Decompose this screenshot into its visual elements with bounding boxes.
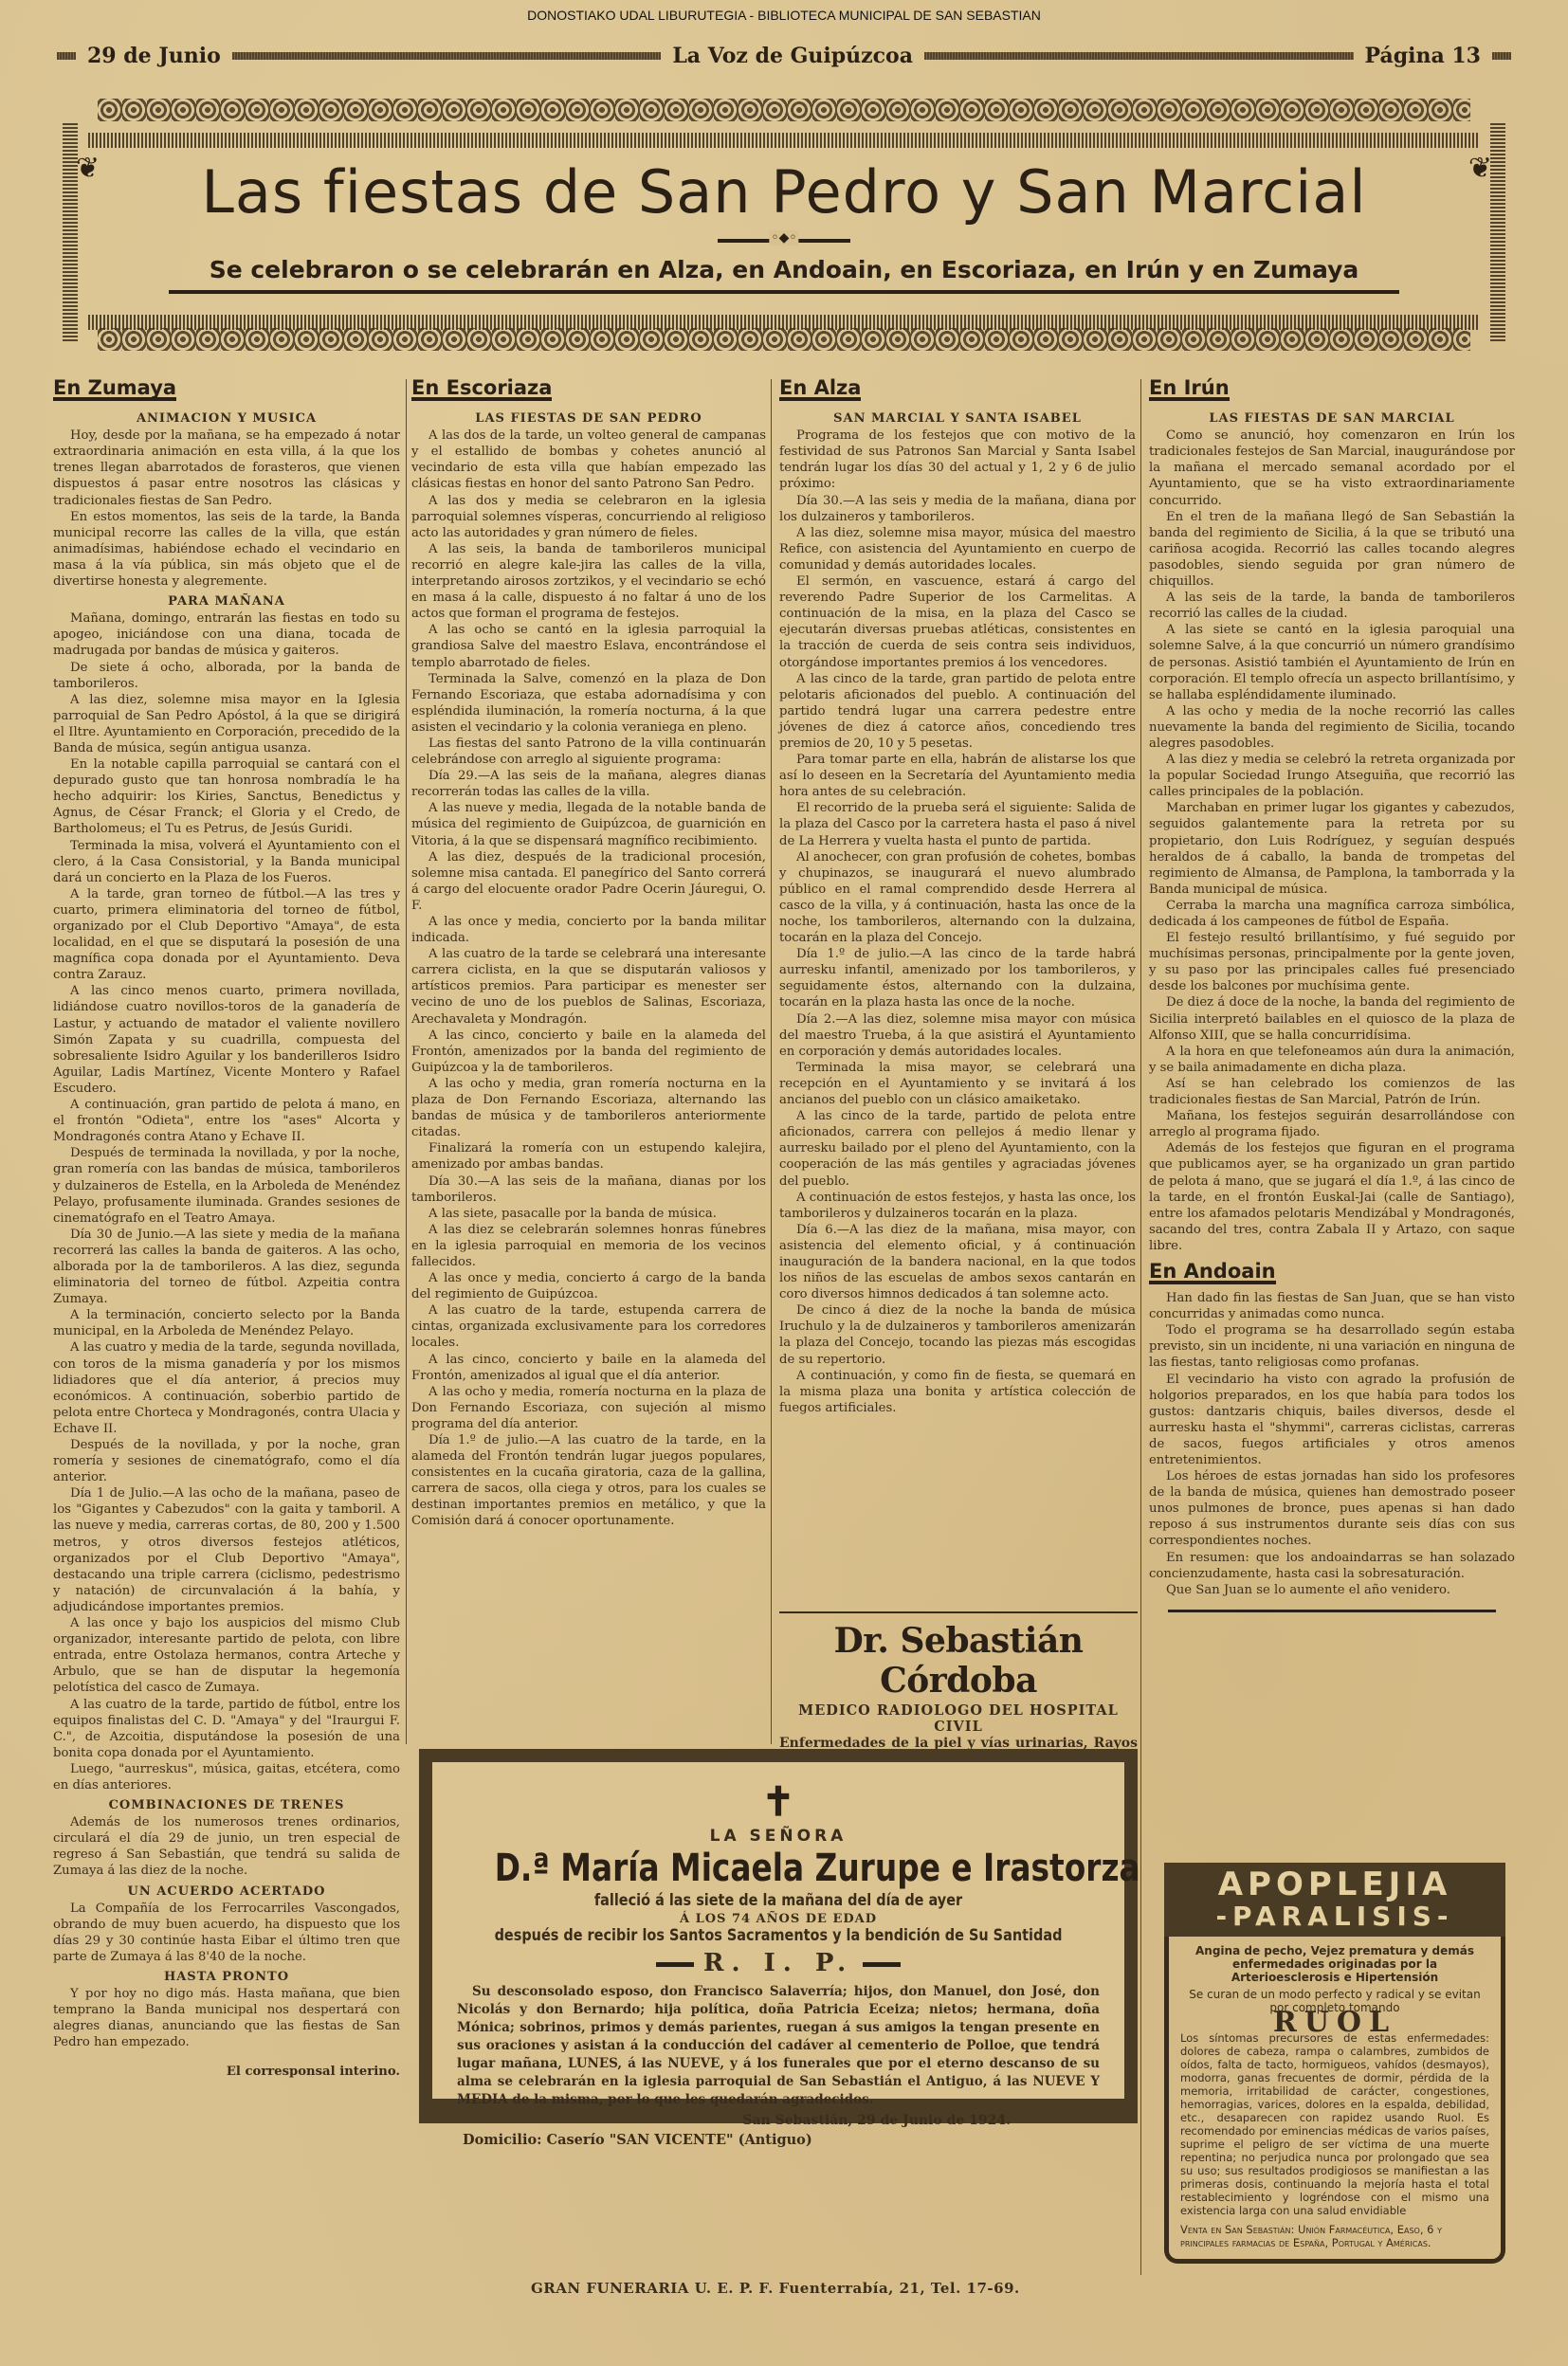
article-paragraph: Día 1.º de julio.—A las cuatro de la tar… — [411, 1432, 766, 1530]
article-paragraph: Programa de los festejos que con motivo … — [779, 428, 1136, 492]
article-paragraph: A las siete se cantó en la iglesia paroq… — [1149, 622, 1515, 702]
ruol-brand: RUOL — [1180, 2016, 1489, 2029]
archive-header: DONOSTIAKO UDAL LIBURUTEGIA - BIBLIOTECA… — [0, 8, 1568, 23]
article-paragraph: Después de la novillada, y por la noche,… — [53, 1437, 400, 1485]
article-paragraph: A las seis de la tarde, la banda de tamb… — [1149, 590, 1515, 622]
column-rule — [1140, 379, 1141, 2275]
article-paragraph: A las diez y media se celebró la retreta… — [1149, 752, 1515, 800]
article-paragraph: De cinco á diez de la noche la banda de … — [779, 1302, 1136, 1367]
article-paragraph: De diez á doce de la noche, la banda del… — [1149, 994, 1515, 1043]
article-escoriaza: En Escoriaza LAS FIESTAS DE SAN PEDROA l… — [411, 374, 766, 1530]
article-paragraph: El festejo resultó brillantísimo, y fué … — [1149, 930, 1515, 994]
article-paragraph: Además de los numerosos trenes ordinario… — [53, 1814, 400, 1879]
doctor-name: Dr. Sebastián Córdoba — [779, 1621, 1138, 1701]
article-end-rule — [1168, 1610, 1496, 1612]
article-body: SAN MARCIAL Y SANTA ISABELPrograma de lo… — [779, 410, 1136, 1416]
obituary-death-line: falleció á las siete de la mañana del dí… — [484, 1891, 1073, 1910]
folio-page: Página 13 — [1365, 44, 1481, 68]
article-paragraph: Día 30.—A las seis y media de la mañana,… — [779, 493, 1136, 525]
funeral-home-credit: GRAN FUNERARIA U. E. P. F. Fuenterrabía,… — [531, 2280, 1020, 2297]
article-paragraph: Para tomar parte en ella, habrán de alis… — [779, 752, 1136, 800]
article-paragraph: Los héroes de estas jornadas han sido lo… — [1149, 1468, 1515, 1549]
article-paragraph: A las cinco, concierto y baile en la ala… — [411, 1028, 766, 1076]
article-paragraph: Día 1.º de julio.—A las cinco de la tard… — [779, 946, 1136, 1010]
article-body: Han dado fin las fiestas de San Juan, qu… — [1149, 1290, 1515, 1598]
section-heading: En Zumaya — [53, 380, 176, 401]
obituary-notice: ✝ LA SEÑORA D.ª María Micaela Zurupe e I… — [419, 1749, 1138, 2123]
article-body: ANIMACION Y MUSICAHoy, desde por la maña… — [53, 410, 400, 2050]
section-heading: En Andoain — [1149, 1264, 1276, 1284]
article-paragraph: Terminada la misa, volverá el Ayuntamien… — [53, 838, 400, 886]
obituary-domicile: Domicilio: Caserío "SAN VICENTE" (Antigu… — [432, 2132, 1124, 2148]
article-paragraph: En la notable capilla parroquial se cant… — [53, 756, 400, 837]
cross-icon: ✝ — [432, 1781, 1124, 1823]
article-paragraph: A las ocho y media de la noche recorrió … — [1149, 703, 1515, 752]
article-subheading: LAS FIESTAS DE SAN MARCIAL — [1149, 410, 1515, 427]
ruol-intro: Angina de pecho, Vejez prematura y demás… — [1180, 1944, 1489, 1984]
obituary-honorific: LA SEÑORA — [432, 1827, 1124, 1846]
obituary-age: Á LOS 74 AÑOS DE EDAD — [432, 1912, 1124, 1926]
article-paragraph: Las fiestas del santo Patrono de la vill… — [411, 736, 766, 768]
article-paragraph: A las siete, pasacalle por la banda de m… — [411, 1206, 766, 1222]
obituary-place-date: San Sebastián, 29 de Junio de 1924. — [432, 2113, 1124, 2128]
article-paragraph: A las cuatro de la tarde se celebrará un… — [411, 946, 766, 1027]
article-paragraph: A la terminación, concierto selecto por … — [53, 1307, 400, 1339]
article-subheading: UN ACUERDO ACERTADO — [53, 1884, 400, 1900]
article-subheading: LAS FIESTAS DE SAN PEDRO — [411, 410, 766, 427]
deceased-name: D.ª María Micaela Zurupe e Irastorza — [495, 1846, 1063, 1891]
article-paragraph: A las once y bajo los auspicios del mism… — [53, 1615, 400, 1696]
page-title: Las fiestas de San Pedro y San Marcial — [55, 157, 1513, 227]
article-subheading: PARA MAÑANA — [53, 593, 400, 610]
article-paragraph: A las diez, solemne misa mayor, música d… — [779, 525, 1136, 573]
section-heading: En Alza — [779, 380, 861, 401]
article-paragraph: Y por hoy no digo más. Hasta mañana, que… — [53, 1986, 400, 2050]
folio-date: 29 de Junio — [87, 44, 221, 68]
ruol-headline-1: APOPLEJIA — [1164, 1866, 1505, 1902]
folio-line: 29 de Junio La Voz de Guipúzcoa Página 1… — [57, 40, 1511, 72]
article-paragraph: Marchaban en primer lugar los gigantes y… — [1149, 800, 1515, 898]
article-subheading: HASTA PRONTO — [53, 1969, 400, 1985]
article-paragraph: En resumen: que los andoaindarras se han… — [1149, 1550, 1515, 1582]
ornamental-divider — [718, 239, 850, 243]
article-paragraph: Cerraba la marcha una magnífica carroza … — [1149, 898, 1515, 930]
column-rule — [771, 379, 772, 1744]
article-paragraph: A las ocho y media, gran romería nocturn… — [411, 1076, 766, 1140]
article-paragraph: A las once y media, concierto á cargo de… — [411, 1270, 766, 1302]
article-paragraph: A las once y media, concierto por la ban… — [411, 914, 766, 946]
article-paragraph: El recorrido de la prueba será el siguie… — [779, 800, 1136, 848]
article-paragraph: Después de terminada la novillada, y por… — [53, 1145, 400, 1226]
article-paragraph: Terminada la misa mayor, se celebrará un… — [779, 1060, 1136, 1108]
section-heading: En Irún — [1149, 380, 1230, 401]
article-paragraph: Además de los festejos que figuran en el… — [1149, 1140, 1515, 1254]
wave-border — [98, 99, 1470, 121]
article-paragraph: De siete á ocho, alborada, por la banda … — [53, 660, 400, 692]
article-paragraph: La Compañía de los Ferrocarriles Vascong… — [53, 1901, 400, 1965]
article-paragraph: A continuación, gran partido de pelota á… — [53, 1097, 400, 1145]
folio-rule — [924, 52, 1354, 60]
ruol-header: APOPLEJIA -PARALISIS- — [1164, 1863, 1505, 1937]
column-rule — [406, 379, 407, 1744]
article-subheading: SAN MARCIAL Y SANTA ISABEL — [779, 410, 1136, 427]
article-paragraph: A las cuatro de la tarde, partido de fút… — [53, 1697, 400, 1761]
article-paragraph: El vecindario ha visto con agrado la pro… — [1149, 1372, 1515, 1469]
article-paragraph: Día 30 de Junio.—A las siete y media de … — [53, 1227, 400, 1307]
article-body: LAS FIESTAS DE SAN PEDROA las dos de la … — [411, 410, 766, 1529]
section-heading: En Escoriaza — [411, 380, 552, 401]
article-paragraph: A las seis, la banda de tamborileros mun… — [411, 541, 766, 622]
article-paragraph: Día 2.—A las diez, solemne misa mayor co… — [779, 1011, 1136, 1060]
article-paragraph: A las ocho y media, romería nocturna en … — [411, 1384, 766, 1432]
article-paragraph: Finalizará la romería con un estupendo k… — [411, 1140, 766, 1173]
article-paragraph: A las nueve y media, llegada de la notab… — [411, 800, 766, 848]
article-paragraph: Mañana, domingo, entrarán las fiestas en… — [53, 610, 400, 659]
article-paragraph: El sermón, en vascuence, estará á cargo … — [779, 573, 1136, 671]
article-paragraph: A las cinco, concierto y baile en la ala… — [411, 1352, 766, 1384]
article-paragraph: A continuación, y como fin de fiesta, se… — [779, 1368, 1136, 1416]
article-paragraph: Al anochecer, con gran profusión de cohe… — [779, 849, 1136, 947]
article-irun: En Irún LAS FIESTAS DE SAN MARCIALComo s… — [1149, 374, 1515, 1624]
article-paragraph: A las ocho se cantó en la iglesia parroq… — [411, 622, 766, 670]
ruol-headline-2: -PARALISIS- — [1164, 1902, 1505, 1931]
subtitle-underline — [169, 290, 1399, 294]
obituary-sacraments: después de recibir los Santos Sacramento… — [484, 1926, 1073, 1945]
article-paragraph: En estos momentos, las seis de la tarde,… — [53, 509, 400, 590]
article-alza: En Alza SAN MARCIAL Y SANTA ISABELProgra… — [779, 374, 1136, 1416]
article-paragraph: Día 6.—A las diez de la mañana, misa may… — [779, 1222, 1136, 1302]
article-paragraph: A las cinco menos cuarto, primera novill… — [53, 983, 400, 1097]
article-paragraph: Que San Juan se lo aumente el año venide… — [1149, 1582, 1515, 1598]
article-paragraph: Han dado fin las fiestas de San Juan, qu… — [1149, 1290, 1515, 1322]
obituary-text: Su desconsolado esposo, don Francisco Sa… — [457, 1983, 1100, 2109]
hatched-border — [1490, 123, 1505, 341]
article-paragraph: A la hora en que telefoneamos aún dura l… — [1149, 1044, 1515, 1076]
folio-rule — [232, 52, 662, 60]
article-paragraph: Día 30.—A las seis de la mañana, dianas … — [411, 1174, 766, 1206]
ruol-advertisement: APOPLEJIA -PARALISIS- Angina de pecho, V… — [1164, 1863, 1505, 2264]
article-subheading: ANIMACION Y MUSICA — [53, 410, 400, 427]
hatched-border — [88, 133, 1480, 148]
obituary-body: Su desconsolado esposo, don Francisco Sa… — [432, 1983, 1124, 2109]
article-paragraph: Así se han celebrado los comienzos de la… — [1149, 1076, 1515, 1108]
article-paragraph: A las diez, después de la tradicional pr… — [411, 849, 766, 914]
article-paragraph: Terminada la Salve, comenzó en la plaza … — [411, 671, 766, 736]
correspondent-signature: El corresponsal interino. — [53, 2064, 400, 2080]
article-paragraph: Como se anunció, hoy comenzaron en Irún … — [1149, 428, 1515, 508]
article-paragraph: A la tarde, gran torneo de fútbol.—A las… — [53, 886, 400, 984]
article-subheading: COMBINACIONES DE TRENES — [53, 1797, 400, 1813]
doctor-title: MEDICO RADIOLOGO DEL HOSPITAL CIVIL — [779, 1702, 1138, 1735]
article-paragraph: Día 1 de Julio.—A las ocho de la mañana,… — [53, 1485, 400, 1615]
ruol-body: Angina de pecho, Vejez prematura y demás… — [1164, 1937, 1505, 2264]
article-paragraph: Luego, "aurreskus", música, gaitas, etcé… — [53, 1761, 400, 1793]
headline-banner: ❦ ❦ Las fiestas de San Pedro y San Marci… — [55, 95, 1513, 341]
article-paragraph: Mañana, los festejos seguirán desarrollá… — [1149, 1108, 1515, 1140]
article-paragraph: A las cinco de la tarde, partido de pelo… — [779, 1108, 1136, 1189]
article-paragraph: A las diez, solemne misa mayor en la Igl… — [53, 692, 400, 756]
article-body: LAS FIESTAS DE SAN MARCIALComo se anunci… — [1149, 410, 1515, 1254]
article-paragraph: A las diez se celebrarán solemnes honras… — [411, 1222, 766, 1270]
folio-rule — [1492, 52, 1511, 60]
wave-border — [98, 328, 1470, 351]
folio-rule — [57, 52, 76, 60]
article-paragraph: Todo el programa se ha desarrollado segú… — [1149, 1322, 1515, 1371]
article-paragraph: A las dos y media se celebraron en la ig… — [411, 493, 766, 541]
page-subtitle: Se celebraron o se celebrarán en Alza, e… — [55, 256, 1513, 283]
article-paragraph: A las cuatro y media de la tarde, segund… — [53, 1339, 400, 1437]
ruol-sale-info: Venta en San Sebastián: Unión Farmacéuti… — [1180, 2223, 1489, 2249]
article-paragraph: A las dos de la tarde, un volteo general… — [411, 428, 766, 492]
rip-line: R. I. P. — [432, 1949, 1124, 1977]
article-zumaya: En Zumaya ANIMACION Y MUSICAHoy, desde p… — [53, 374, 400, 2081]
article-paragraph: En el tren de la mañana llegó de San Seb… — [1149, 509, 1515, 590]
article-paragraph: A continuación de estos festejos, y hast… — [779, 1190, 1136, 1222]
article-paragraph: Hoy, desde por la mañana, se ha empezado… — [53, 428, 400, 508]
article-paragraph: A las cuatro de la tarde, estupenda carr… — [411, 1302, 766, 1351]
ruol-symptoms: Los síntomas precursores de estas enferm… — [1180, 2031, 1489, 2217]
article-paragraph: Día 29.—A las seis de la mañana, alegres… — [411, 768, 766, 800]
article-paragraph: A las cinco de la tarde, gran partido de… — [779, 671, 1136, 752]
folio-newspaper: La Voz de Guipúzcoa — [672, 44, 913, 68]
